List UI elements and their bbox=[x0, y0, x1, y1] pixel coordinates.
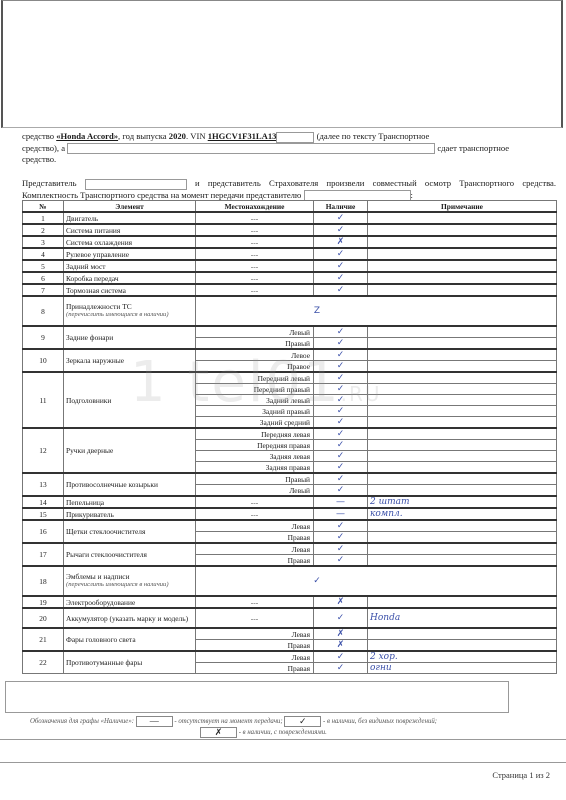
intro-text: средство bbox=[22, 131, 56, 141]
inspection-text: Представитель bbox=[22, 178, 85, 188]
vehicle-name: «Honda Accord» bbox=[56, 131, 118, 141]
header-remark: Примечание bbox=[368, 201, 557, 213]
element-note: (перечислить имеющиеся в наличии) bbox=[66, 581, 193, 590]
row-remark[interactable]: огни bbox=[368, 663, 557, 674]
presence-mark[interactable]: ✓ bbox=[314, 406, 368, 417]
presence-mark[interactable]: ✓ bbox=[314, 485, 368, 497]
row-number: 15 bbox=[23, 508, 64, 520]
row-number: 1 bbox=[23, 212, 64, 224]
footer-divider bbox=[0, 762, 566, 763]
presence-mark[interactable]: ✓ bbox=[314, 462, 368, 474]
presence-mark[interactable]: ✓ bbox=[314, 361, 368, 373]
row-remark[interactable] bbox=[368, 428, 557, 440]
presence-mark[interactable]: ✓ bbox=[314, 473, 368, 485]
presence-mark[interactable]: ✗ bbox=[314, 596, 368, 608]
row-location: Передняя правая bbox=[196, 440, 314, 451]
presence-mark[interactable]: ✗ bbox=[314, 640, 368, 652]
presence-mark[interactable]: — bbox=[314, 508, 368, 520]
row-remark[interactable] bbox=[368, 224, 557, 236]
year-label: , год выпуска bbox=[118, 131, 169, 141]
row-location: --- bbox=[196, 236, 314, 248]
row-location: --- bbox=[196, 248, 314, 260]
table-row: 5Задний мост---✓ bbox=[23, 260, 557, 272]
row-element: Фары головного света bbox=[64, 628, 196, 651]
row-location: --- bbox=[196, 608, 314, 628]
table-row: 7Тормозная система---✓ bbox=[23, 284, 557, 296]
presence-mark[interactable]: ✓ bbox=[314, 555, 368, 567]
row-element: Тормозная система bbox=[64, 284, 196, 296]
presence-mark[interactable]: — bbox=[314, 496, 368, 508]
row-number: 4 bbox=[23, 248, 64, 260]
row-remark[interactable] bbox=[368, 473, 557, 485]
additional-notes-box[interactable] bbox=[5, 681, 509, 713]
presence-mark[interactable]: ✓ bbox=[314, 532, 368, 544]
intro-text: средство. bbox=[22, 154, 56, 164]
presence-mark[interactable]: ✓ bbox=[196, 566, 557, 596]
row-location: --- bbox=[196, 508, 314, 520]
row-element: Зеркала наружные bbox=[64, 349, 196, 372]
presence-mark[interactable]: ✓ bbox=[314, 284, 368, 296]
row-remark[interactable] bbox=[368, 338, 557, 350]
row-location: Правая bbox=[196, 663, 314, 674]
row-location: --- bbox=[196, 596, 314, 608]
row-element: Прикуриватель bbox=[64, 508, 196, 520]
presence-mark[interactable]: ✓ bbox=[314, 349, 368, 361]
row-remark[interactable] bbox=[368, 451, 557, 462]
row-remark[interactable]: Honda bbox=[368, 608, 557, 628]
row-number: 16 bbox=[23, 520, 64, 543]
row-location: Правая bbox=[196, 555, 314, 567]
presence-mark[interactable]: ✓ bbox=[314, 372, 368, 384]
table-row: 22Противотуманные фарыЛевая✓2 хор. bbox=[23, 651, 557, 663]
row-remark[interactable]: 2 хор. bbox=[368, 651, 557, 663]
element-note: (перечислить имеющиеся в наличии) bbox=[66, 311, 193, 320]
row-number: 14 bbox=[23, 496, 64, 508]
vin-tail-field[interactable] bbox=[276, 132, 314, 143]
row-location: Правая bbox=[196, 532, 314, 544]
row-remark[interactable] bbox=[368, 236, 557, 248]
row-element: Щетки стеклоочистителя bbox=[64, 520, 196, 543]
page-divider bbox=[0, 739, 566, 740]
row-remark[interactable] bbox=[368, 596, 557, 608]
table-row: 8Принадлежности ТС(перечислить имеющиеся… bbox=[23, 296, 557, 326]
row-element: Система охлаждения bbox=[64, 236, 196, 248]
row-number: 18 bbox=[23, 566, 64, 596]
row-location: Правый bbox=[196, 338, 314, 350]
element-label: Эмблемы и надписи bbox=[66, 572, 193, 581]
row-number: 20 bbox=[23, 608, 64, 628]
legend: Обозначения для графы «Наличие»: — - отс… bbox=[30, 716, 550, 738]
row-number: 12 bbox=[23, 428, 64, 473]
row-location: Задний левый bbox=[196, 395, 314, 406]
header-presence: Наличие bbox=[314, 201, 368, 213]
row-number: 8 bbox=[23, 296, 64, 326]
table-row: 1Двигатель---✓ bbox=[23, 212, 557, 224]
legend-dash-symbol: — bbox=[136, 716, 173, 727]
row-remark[interactable] bbox=[368, 532, 557, 544]
row-element: Рулевое управление bbox=[64, 248, 196, 260]
row-number: 7 bbox=[23, 284, 64, 296]
row-number: 13 bbox=[23, 473, 64, 496]
row-location: Левый bbox=[196, 485, 314, 497]
row-element: Рычаги стеклоочистителя bbox=[64, 543, 196, 566]
row-remark[interactable] bbox=[368, 628, 557, 640]
presence-mark[interactable]: ✓ bbox=[314, 417, 368, 429]
presence-mark[interactable]: ✓ bbox=[314, 428, 368, 440]
presence-mark[interactable]: ✓ bbox=[314, 212, 368, 224]
vin-label: . VIN bbox=[186, 131, 208, 141]
page-number: Страница 1 из 2 bbox=[492, 770, 550, 780]
table-row: 4Рулевое управление---✓ bbox=[23, 248, 557, 260]
row-element: Двигатель bbox=[64, 212, 196, 224]
row-location: Правая bbox=[196, 640, 314, 652]
row-location: Левая bbox=[196, 543, 314, 555]
presence-mark[interactable]: ✓ bbox=[314, 326, 368, 338]
row-location: Левая bbox=[196, 651, 314, 663]
row-element: Противосолнечные козырьки bbox=[64, 473, 196, 496]
row-number: 10 bbox=[23, 349, 64, 372]
row-location: Передний левый bbox=[196, 372, 314, 384]
presence-mark[interactable]: Z bbox=[196, 296, 557, 326]
element-label: Принадлежности ТС bbox=[66, 302, 193, 311]
row-remark[interactable] bbox=[368, 384, 557, 395]
legend-check-symbol: ✓ bbox=[284, 716, 321, 727]
row-number: 2 bbox=[23, 224, 64, 236]
presence-mark[interactable]: ✓ bbox=[314, 651, 368, 663]
row-location: --- bbox=[196, 272, 314, 284]
table-row: 18Эмблемы и надписи(перечислить имеющиес… bbox=[23, 566, 557, 596]
table-body: 1Двигатель---✓2Система питания---✓3Систе… bbox=[23, 212, 557, 674]
legend-dash-text: - отсутствует на момент передачи; bbox=[174, 718, 282, 725]
row-remark[interactable] bbox=[368, 212, 557, 224]
row-element: Противотуманные фары bbox=[64, 651, 196, 674]
row-location: --- bbox=[196, 260, 314, 272]
row-remark[interactable] bbox=[368, 372, 557, 384]
row-element: Эмблемы и надписи(перечислить имеющиеся … bbox=[64, 566, 196, 596]
party-name-field[interactable] bbox=[67, 143, 435, 154]
row-location: Задняя левая bbox=[196, 451, 314, 462]
table-row: 19Электрооборудование---✗ bbox=[23, 596, 557, 608]
presence-mark[interactable]: ✓ bbox=[314, 248, 368, 260]
row-remark[interactable] bbox=[368, 284, 557, 296]
row-remark[interactable] bbox=[368, 543, 557, 555]
legend-cross-symbol: ✗ bbox=[200, 727, 237, 738]
row-remark[interactable] bbox=[368, 406, 557, 417]
row-number: 6 bbox=[23, 272, 64, 284]
representative-field[interactable] bbox=[85, 179, 187, 190]
table-row: 14Пепельница---—2 штат bbox=[23, 496, 557, 508]
table-row: 16Щетки стеклоочистителяЛевая✓ bbox=[23, 520, 557, 532]
row-element: Аккумулятор (указать марку и модель) bbox=[64, 608, 196, 628]
presence-mark[interactable]: ✓ bbox=[314, 395, 368, 406]
header-element: Элемент bbox=[64, 201, 196, 213]
vehicle-year: 2020 bbox=[169, 131, 186, 141]
row-remark[interactable] bbox=[368, 417, 557, 429]
row-remark[interactable]: компл. bbox=[368, 508, 557, 520]
row-location: Передняя левая bbox=[196, 428, 314, 440]
row-element: Система питания bbox=[64, 224, 196, 236]
row-element: Ручки дверные bbox=[64, 428, 196, 473]
row-remark[interactable] bbox=[368, 272, 557, 284]
table-row: 2Система питания---✓ bbox=[23, 224, 557, 236]
presence-mark[interactable]: ✓ bbox=[314, 224, 368, 236]
presence-mark[interactable]: ✓ bbox=[314, 543, 368, 555]
row-number: 9 bbox=[23, 326, 64, 349]
blank-header-area bbox=[1, 0, 563, 128]
row-location: Правый bbox=[196, 473, 314, 485]
inspection-paragraph: Представитель и представитель Страховате… bbox=[22, 178, 556, 201]
table-header-row: № Элемент Местонахождение Наличие Примеч… bbox=[23, 201, 557, 213]
row-location: Задняя правая bbox=[196, 462, 314, 474]
presence-mark[interactable]: ✓ bbox=[314, 663, 368, 674]
row-remark[interactable] bbox=[368, 326, 557, 338]
row-number: 5 bbox=[23, 260, 64, 272]
row-location: --- bbox=[196, 212, 314, 224]
row-number: 19 bbox=[23, 596, 64, 608]
row-location: Задний средний bbox=[196, 417, 314, 429]
table-row: 15Прикуриватель---—компл. bbox=[23, 508, 557, 520]
row-remark[interactable] bbox=[368, 395, 557, 406]
table-row: 13Противосолнечные козырькиПравый✓ bbox=[23, 473, 557, 485]
presence-mark[interactable]: ✓ bbox=[314, 384, 368, 395]
intro-text: (далее по тексту Транспортное bbox=[314, 131, 429, 141]
table-row: 3Система охлаждения---✗ bbox=[23, 236, 557, 248]
row-element: Коробка передач bbox=[64, 272, 196, 284]
presence-mark[interactable]: ✓ bbox=[314, 520, 368, 532]
presence-mark[interactable]: ✓ bbox=[314, 440, 368, 451]
intro-paragraph: средство «Honda Accord», год выпуска 202… bbox=[22, 131, 556, 165]
legend-label: Обозначения для графы «Наличие»: bbox=[30, 718, 134, 725]
row-location: Передний правый bbox=[196, 384, 314, 395]
table-row: 10Зеркала наружныеЛевое✓ bbox=[23, 349, 557, 361]
vin-value: 1HGCV1F31LA13 bbox=[208, 131, 277, 141]
row-number: 11 bbox=[23, 372, 64, 428]
inspection-text: : bbox=[411, 190, 413, 200]
table-row: 17Рычаги стеклоочистителяЛевая✓ bbox=[23, 543, 557, 555]
row-location: Левая bbox=[196, 520, 314, 532]
row-location: Левое bbox=[196, 349, 314, 361]
header-location: Местонахождение bbox=[196, 201, 314, 213]
row-remark[interactable] bbox=[368, 349, 557, 361]
row-element: Пепельница bbox=[64, 496, 196, 508]
row-element: Задний мост bbox=[64, 260, 196, 272]
row-remark[interactable] bbox=[368, 260, 557, 272]
row-element: Задние фонари bbox=[64, 326, 196, 349]
row-element: Подголовники bbox=[64, 372, 196, 428]
intro-text: сдает транспортное bbox=[435, 143, 509, 153]
row-remark[interactable] bbox=[368, 555, 557, 567]
presence-mark[interactable]: ✗ bbox=[314, 236, 368, 248]
inventory-table: № Элемент Местонахождение Наличие Примеч… bbox=[22, 200, 557, 674]
row-number: 3 bbox=[23, 236, 64, 248]
legend-cross-text: - в наличии, с повреждениями. bbox=[239, 729, 327, 736]
row-element: Электрооборудование bbox=[64, 596, 196, 608]
row-remark[interactable] bbox=[368, 520, 557, 532]
row-number: 22 bbox=[23, 651, 64, 674]
table-row: 11ПодголовникиПередний левый✓ bbox=[23, 372, 557, 384]
row-location: --- bbox=[196, 284, 314, 296]
row-number: 17 bbox=[23, 543, 64, 566]
row-location: Правое bbox=[196, 361, 314, 373]
row-location: Левый bbox=[196, 326, 314, 338]
row-remark[interactable] bbox=[368, 462, 557, 474]
header-num: № bbox=[23, 201, 64, 213]
row-remark[interactable]: 2 штат bbox=[368, 496, 557, 508]
row-location: --- bbox=[196, 496, 314, 508]
row-remark[interactable] bbox=[368, 361, 557, 373]
table-row: 12Ручки дверныеПередняя левая✓ bbox=[23, 428, 557, 440]
legend-check-text: - в наличии, без видимых повреждений; bbox=[323, 718, 437, 725]
row-number: 21 bbox=[23, 628, 64, 651]
table-row: 20Аккумулятор (указать марку и модель)--… bbox=[23, 608, 557, 628]
table-row: 21Фары головного светаЛевая✗ bbox=[23, 628, 557, 640]
intro-text: средство), а bbox=[22, 143, 67, 153]
row-location: Задний правый bbox=[196, 406, 314, 417]
presence-mark[interactable]: ✓ bbox=[314, 608, 368, 628]
row-location: Левая bbox=[196, 628, 314, 640]
table-row: 9Задние фонариЛевый✓ bbox=[23, 326, 557, 338]
row-remark[interactable] bbox=[368, 440, 557, 451]
row-remark[interactable] bbox=[368, 485, 557, 497]
presence-mark[interactable]: ✓ bbox=[314, 260, 368, 272]
row-remark[interactable] bbox=[368, 248, 557, 260]
presence-mark[interactable]: ✓ bbox=[314, 338, 368, 350]
table-row: 6Коробка передач---✓ bbox=[23, 272, 557, 284]
presence-mark[interactable]: ✓ bbox=[314, 272, 368, 284]
presence-mark[interactable]: ✗ bbox=[314, 628, 368, 640]
row-element: Принадлежности ТС(перечислить имеющиеся … bbox=[64, 296, 196, 326]
row-location: --- bbox=[196, 224, 314, 236]
row-remark[interactable] bbox=[368, 640, 557, 652]
presence-mark[interactable]: ✓ bbox=[314, 451, 368, 462]
